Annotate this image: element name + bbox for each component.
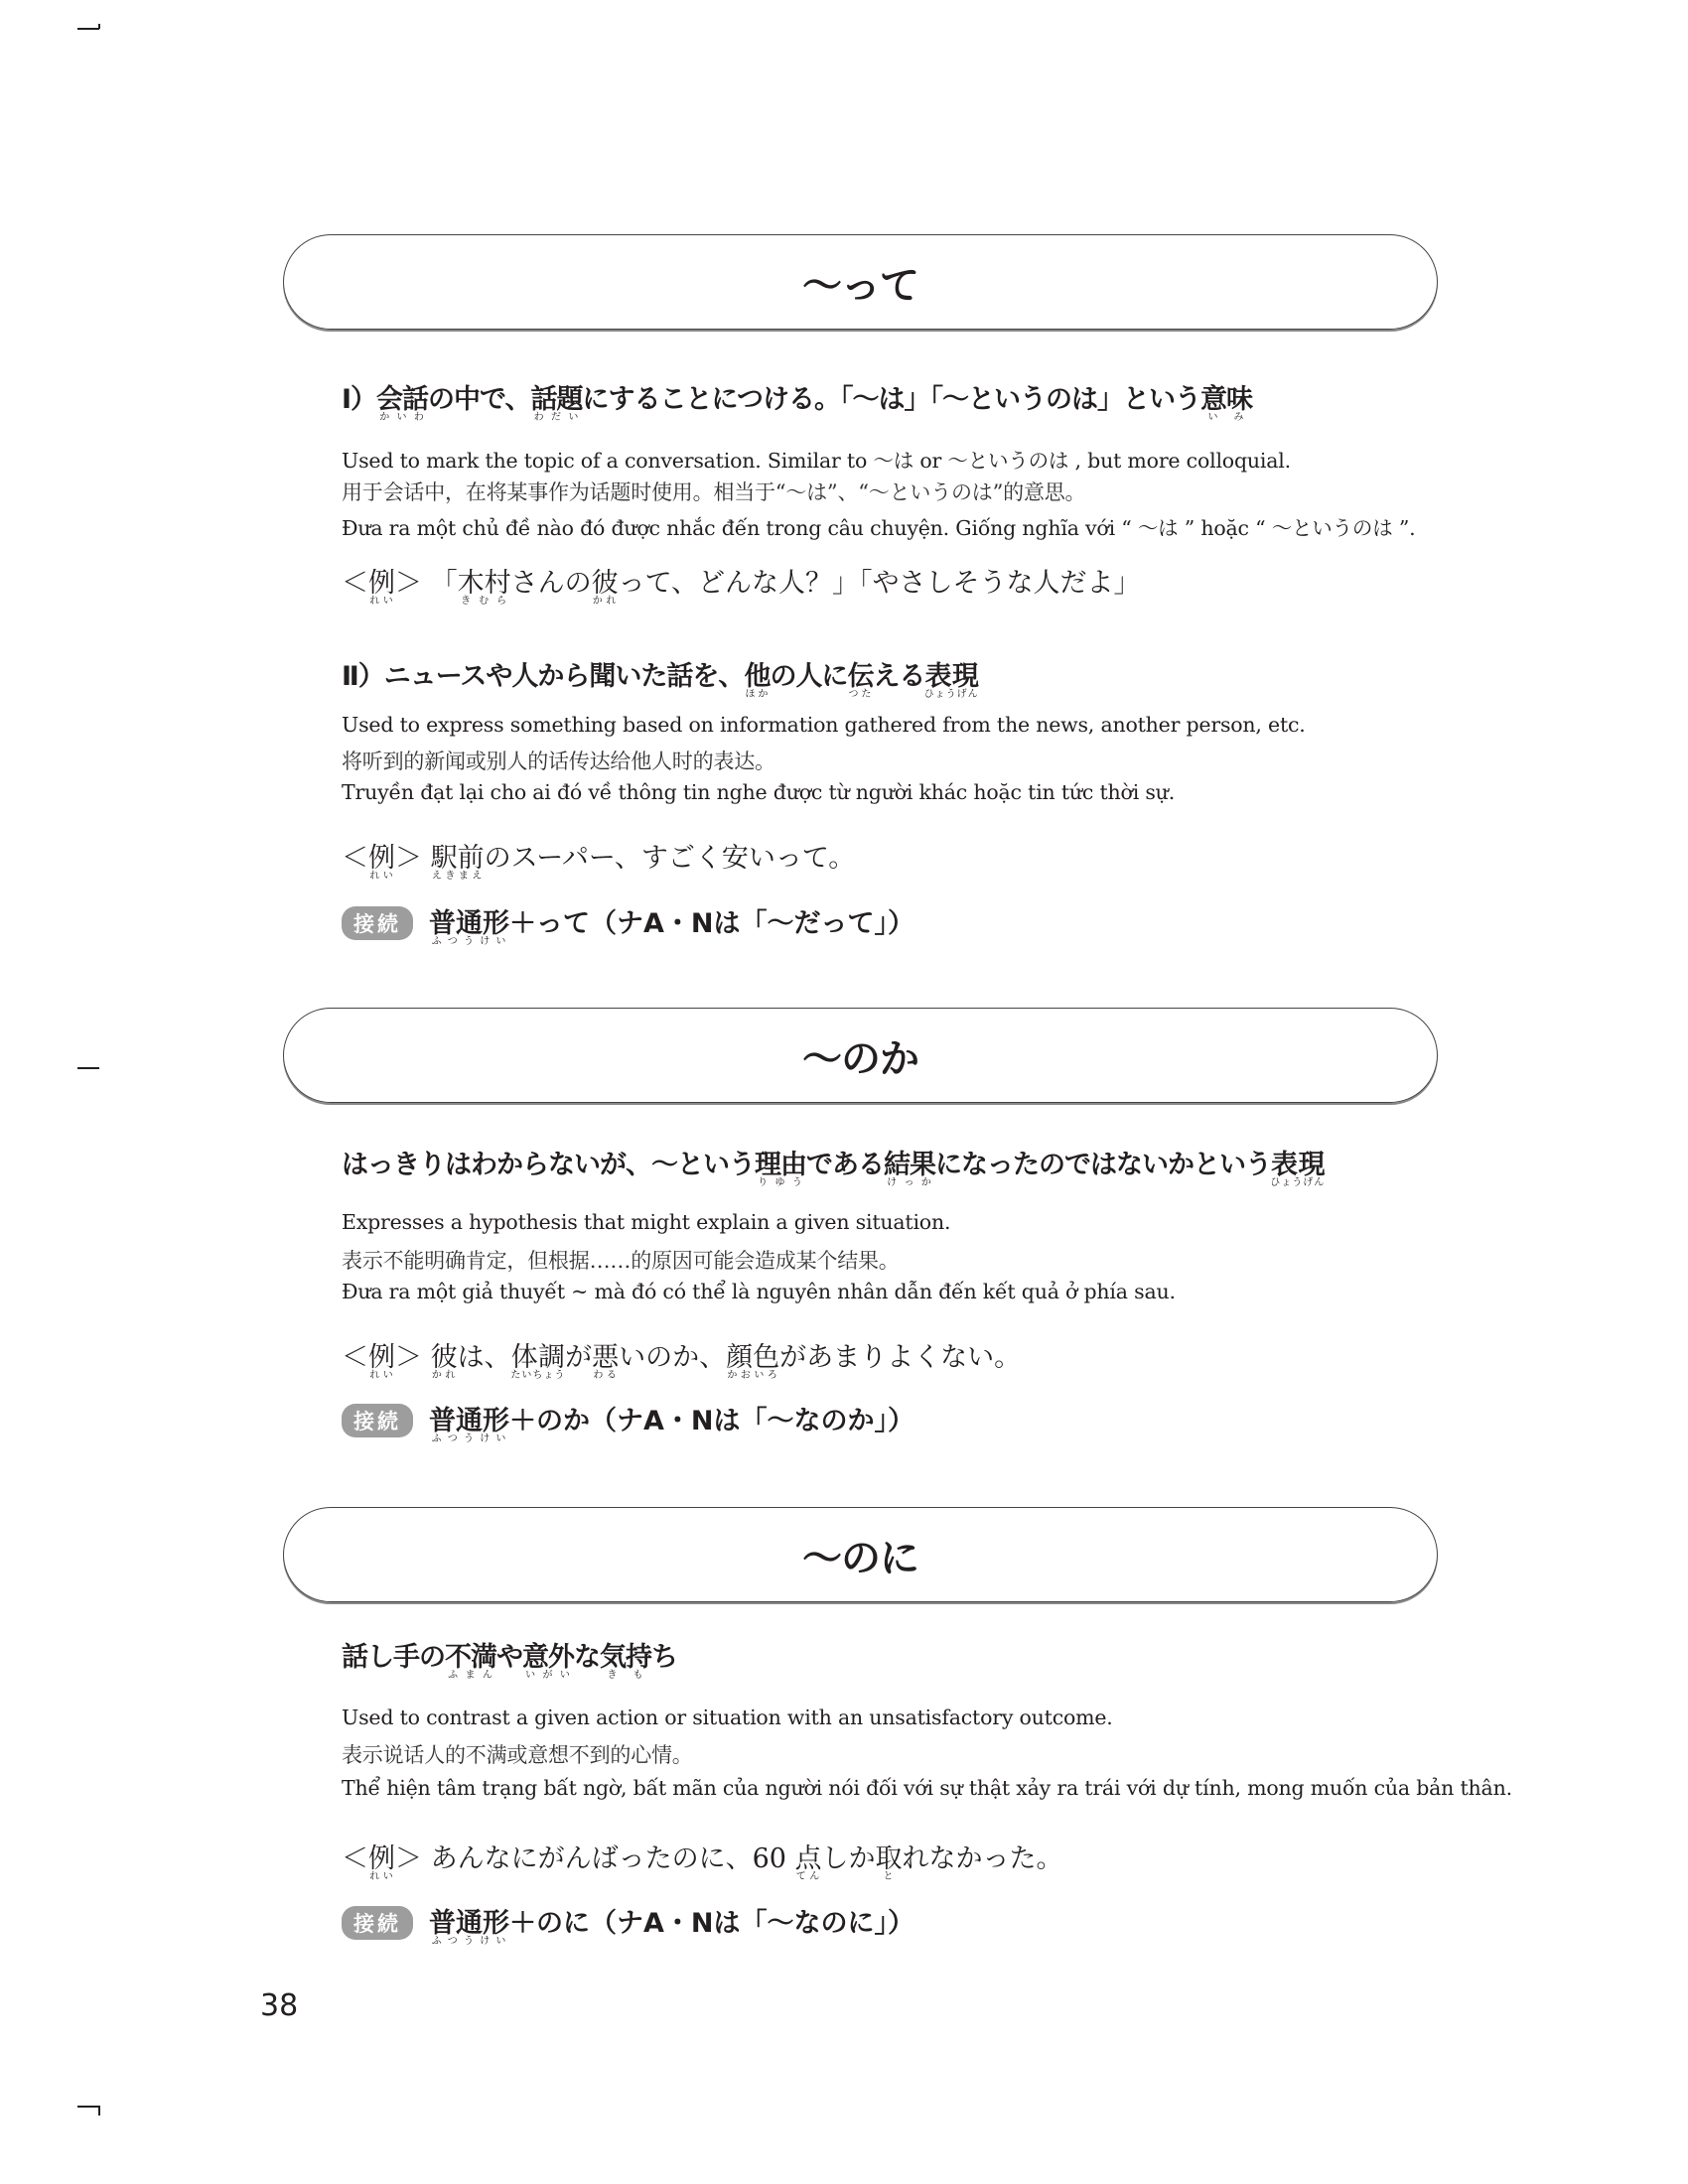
connection-formula: 普通形ふつうけい＋って（ナA・Nは「〜だって」） <box>429 901 914 946</box>
furigana-word: 点てん <box>795 1843 822 1874</box>
section-title-box: 〜のに <box>283 1507 1438 1602</box>
furigana-word: 彼かれ <box>592 568 619 599</box>
furigana-reading: てん <box>795 1871 822 1882</box>
crop-mark-top <box>77 28 99 30</box>
furigana-word: 他ほか <box>744 661 770 692</box>
crop-mark-middle <box>77 1067 99 1069</box>
furigana-word: 伝つた <box>847 661 873 692</box>
example-sentence: ＜例れい＞ あんなにがんばったのに、60 点てんしか取とれなかった。 <box>342 1837 1063 1881</box>
page-number: 38 <box>260 1988 298 2023</box>
connection-rule: 接続 普通形ふつうけい＋って（ナA・Nは「〜だって」） <box>342 901 914 946</box>
furigana-reading: と <box>876 1871 903 1882</box>
furigana-reading: つた <box>847 689 873 700</box>
chinese-explanation: 用于会话中，在将某事作为话题时使用。相当于“〜は”、“〜というのは”的意思。 <box>342 477 1085 506</box>
furigana-word: 意外いがい <box>522 1642 574 1673</box>
section-title-box: 〜のか <box>283 1008 1438 1103</box>
furigana-word: 木村きむら <box>458 568 511 599</box>
furigana-word: 悪わる <box>592 1342 619 1373</box>
furigana-reading: きも <box>600 1670 651 1681</box>
furigana-reading: ふつうけい <box>429 1433 509 1444</box>
furigana-word: 不満ふまん <box>445 1642 496 1673</box>
connection-formula: 普通形ふつうけい＋のか（ナA・Nは「〜なのか」） <box>429 1399 914 1443</box>
furigana-reading: きむら <box>458 596 511 607</box>
furigana-reading: わる <box>592 1370 619 1381</box>
furigana-word: 例れい <box>368 1342 395 1373</box>
vietnamese-explanation: Đưa ra một giả thuyết ~ mà đó có thể là … <box>342 1280 1176 1303</box>
connection-formula: 普通形ふつうけい＋のに（ナA・Nは「〜なのに」） <box>429 1901 914 1946</box>
vietnamese-explanation: Truyền đạt lại cho ai đó về thông tin ng… <box>342 780 1175 804</box>
furigana-reading: れい <box>368 871 395 882</box>
furigana-word: 結果けっか <box>884 1150 935 1180</box>
furigana-reading: れい <box>368 596 395 607</box>
furigana-reading: かれ <box>431 1370 458 1381</box>
subsection-heading: Ⅰ）会話かいわの中で、話題わだいにすることにつける。「〜は」「〜というのは」とい… <box>342 377 1252 422</box>
subsection-heading: 話し手の不満ふまんや意外いがいな気持きもち <box>342 1635 677 1680</box>
connection-badge: 接続 <box>342 1906 413 1940</box>
crop-mark-bottom <box>98 2106 100 2116</box>
furigana-reading: れい <box>368 1370 395 1381</box>
section-title: 〜のに <box>802 1527 918 1583</box>
furigana-reading: ふつうけい <box>429 936 509 947</box>
subsection-heading: Ⅱ）ニュースや人から聞いた話を、他ほかの人に伝つたえる表現ひょうげん <box>342 654 979 699</box>
english-explanation: Used to express something based on infor… <box>342 713 1306 737</box>
furigana-reading: わだい <box>531 412 583 423</box>
furigana-reading: えきまえ <box>431 871 485 882</box>
furigana-reading: ひょうげん <box>1270 1177 1325 1188</box>
english-explanation: Used to mark the topic of a conversation… <box>342 444 1291 474</box>
furigana-word: 会話かいわ <box>376 384 428 415</box>
english-explanation: Used to contrast a given action or situa… <box>342 1706 1113 1729</box>
furigana-word: 普通形ふつうけい <box>429 1406 509 1436</box>
furigana-word: 体調たいちょう <box>511 1342 566 1373</box>
furigana-word: 表現ひょうげん <box>924 661 978 692</box>
furigana-reading: いがい <box>522 1670 574 1681</box>
connection-badge: 接続 <box>342 906 413 940</box>
example-sentence: ＜例れい＞ 「木村きむらさんの彼かれって、どんな人？」「やさしそうな人だよ」 <box>342 561 1141 606</box>
section-title: 〜って <box>802 254 918 311</box>
furigana-word: 駅前えきまえ <box>431 843 485 874</box>
furigana-reading: けっか <box>884 1177 935 1188</box>
furigana-word: 話題わだい <box>531 384 583 415</box>
connection-badge: 接続 <box>342 1404 413 1437</box>
furigana-reading: かおいろ <box>726 1370 779 1381</box>
furigana-reading: たいちょう <box>510 1370 565 1381</box>
furigana-word: 普通形ふつうけい <box>429 908 509 939</box>
section-title-box: 〜って <box>283 234 1438 330</box>
furigana-word: 取と <box>876 1843 903 1874</box>
furigana-reading: ふつうけい <box>429 1936 509 1947</box>
furigana-reading: いみ <box>1200 412 1252 423</box>
chinese-explanation: 将听到的新闻或别人的话传达给他人时的表达。 <box>342 746 775 775</box>
furigana-reading: りゆう <box>755 1177 806 1188</box>
english-explanation: Expresses a hypothesis that might explai… <box>342 1210 950 1234</box>
connection-rule: 接続 普通形ふつうけい＋のか（ナA・Nは「〜なのか」） <box>342 1399 914 1443</box>
vietnamese-explanation: Đưa ra một chủ đề nào đó được nhắc đến t… <box>342 511 1415 541</box>
crop-mark-top <box>98 24 100 29</box>
furigana-word: 彼かれ <box>431 1342 458 1373</box>
furigana-reading: ひょうげん <box>924 689 979 700</box>
example-sentence: ＜例れい＞ 駅前えきまえのスーパー、すごく安いって。 <box>342 836 855 881</box>
furigana-word: 例れい <box>368 843 395 874</box>
crop-mark-bottom <box>77 2106 99 2108</box>
furigana-word: 例れい <box>368 1843 395 1874</box>
furigana-reading: ふまん <box>445 1670 496 1681</box>
furigana-reading: かいわ <box>376 412 428 423</box>
furigana-word: 意味いみ <box>1200 384 1252 415</box>
furigana-word: 表現ひょうげん <box>1271 1150 1325 1180</box>
furigana-word: 普通形ふつうけい <box>429 1908 509 1939</box>
vietnamese-explanation: Thể hiện tâm trạng bất ngờ, bất mãn của … <box>342 1776 1512 1800</box>
chinese-explanation: 表示不能明确肯定，但根据……的原因可能会造成某个结果。 <box>342 1245 900 1275</box>
furigana-reading: かれ <box>592 596 619 607</box>
furigana-word: 気持きも <box>600 1642 651 1673</box>
furigana-reading: ほか <box>744 689 770 700</box>
furigana-word: 例れい <box>368 568 395 599</box>
section-title: 〜のか <box>802 1027 918 1084</box>
subsection-heading: はっきりはわからないが、〜という理由りゆうである結果けっかになったのではないかと… <box>342 1143 1325 1187</box>
furigana-word: 顔色かおいろ <box>726 1342 779 1373</box>
connection-rule: 接続 普通形ふつうけい＋のに（ナA・Nは「〜なのに」） <box>342 1901 914 1946</box>
furigana-word: 理由りゆう <box>755 1150 806 1180</box>
furigana-reading: れい <box>368 1871 395 1882</box>
example-sentence: ＜例れい＞ 彼かれは、体調たいちょうが悪わるいのか、顔色かおいろがあまりよくない… <box>342 1335 1021 1380</box>
chinese-explanation: 表示说话人的不满或意想不到的心情。 <box>342 1739 693 1769</box>
